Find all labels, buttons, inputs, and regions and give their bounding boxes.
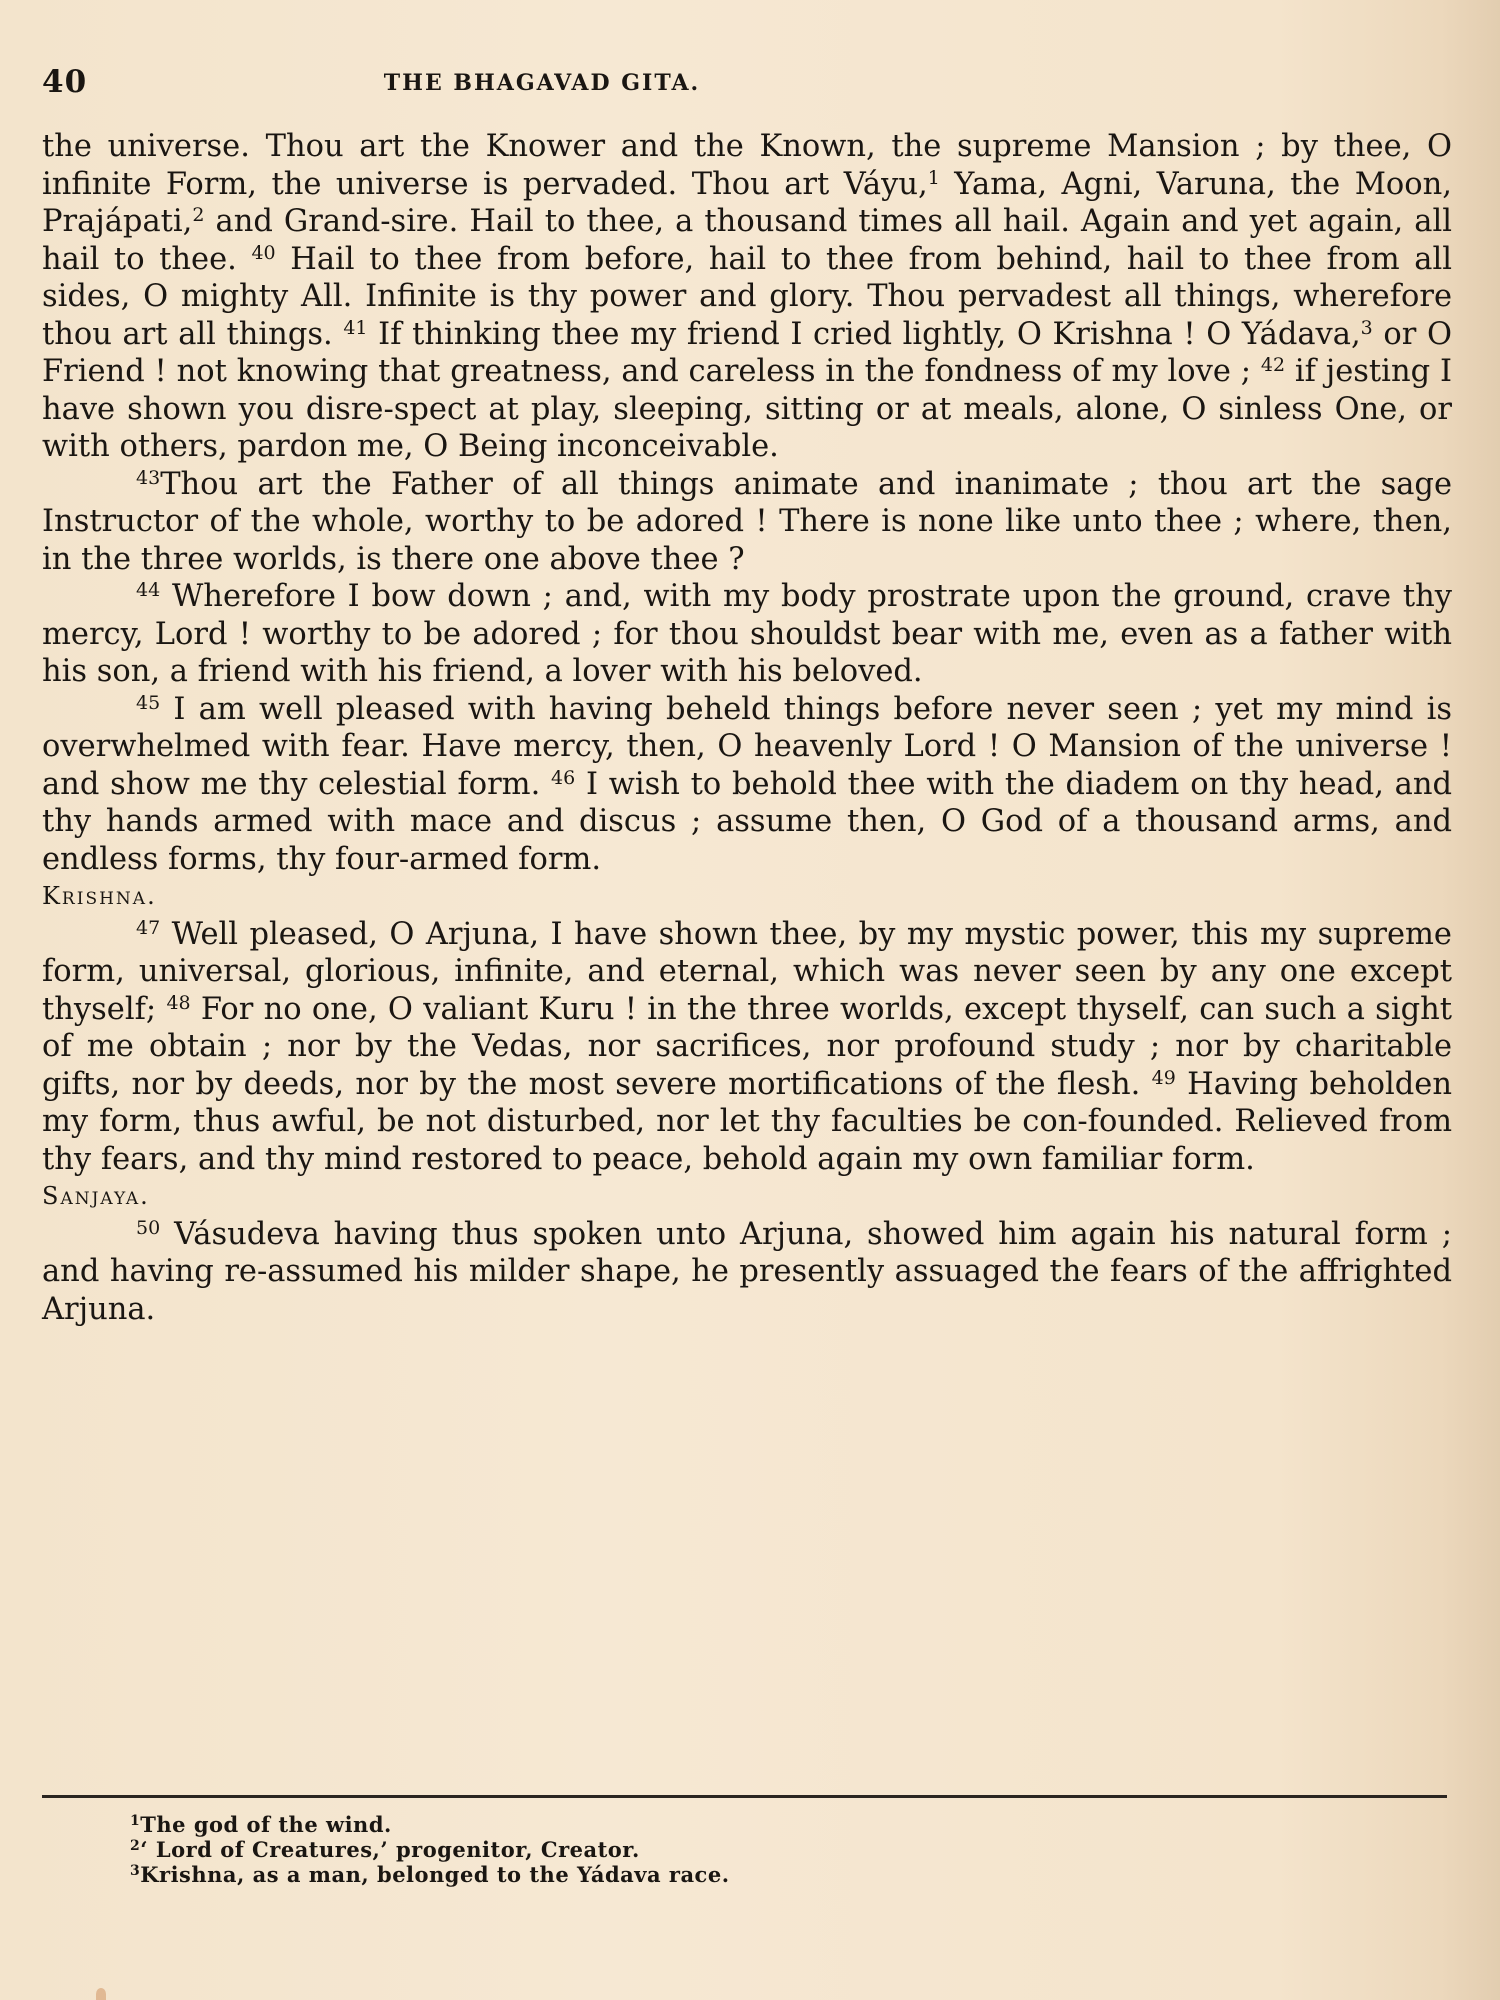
running-title: THE BHAGAVAD GITA.: [42, 70, 1042, 96]
footnote-ref-1: 1: [928, 167, 940, 189]
paragraph-verses-39-42: the universe. Thou art the Knower and th…: [42, 128, 1452, 466]
footnote-3: 3Krishna, as a man, belonged to the Yáda…: [130, 1862, 730, 1887]
footnote-ref-2: 2: [192, 204, 204, 226]
verse-number-48: 48: [166, 992, 190, 1014]
verse-number-46: 46: [551, 767, 575, 789]
paragraph-verse-43: 43Thou art the Father of all things anim…: [42, 466, 1452, 579]
footnote-2: 2‘ Lord of Creatures,’ progenitor, Creat…: [130, 1837, 730, 1862]
verse-number-45: 45: [136, 692, 160, 714]
speaker-heading-sanjaya: Sanjaya.: [42, 1178, 1452, 1216]
verse-number-41: 41: [343, 317, 367, 339]
verse-number-50: 50: [136, 1217, 160, 1239]
footnote-1: 1The god of the wind.: [130, 1812, 730, 1837]
verse-number-44: 44: [136, 579, 160, 601]
footnote-divider: [42, 1795, 1447, 1798]
paragraph-verse-44: 44 Wherefore I bow down ; and, with my b…: [42, 578, 1452, 691]
paper-stain: [96, 1988, 106, 2000]
paragraph-verse-50: 50 Vásudeva having thus spoken unto Arju…: [42, 1216, 1452, 1329]
paragraph-verses-45-46: 45 I am well pleased with having beheld …: [42, 691, 1452, 879]
paragraph-verses-47-49: 47 Well pleased, O Arjuna, I have shown …: [42, 916, 1452, 1179]
body-text: the universe. Thou art the Knower and th…: [42, 128, 1452, 1328]
verse-number-43: 43: [136, 467, 160, 489]
verse-number-47: 47: [136, 917, 160, 939]
footnotes: 1The god of the wind. 2‘ Lord of Creatur…: [130, 1812, 730, 1887]
verse-number-42: 42: [1261, 354, 1285, 376]
speaker-heading-krishna: Krishna.: [42, 878, 1452, 916]
verse-number-40: 40: [251, 242, 275, 264]
footnote-ref-3: 3: [1361, 317, 1373, 339]
verse-number-49: 49: [1152, 1067, 1176, 1089]
running-head: 40 THE BHAGAVAD GITA.: [42, 64, 1452, 104]
